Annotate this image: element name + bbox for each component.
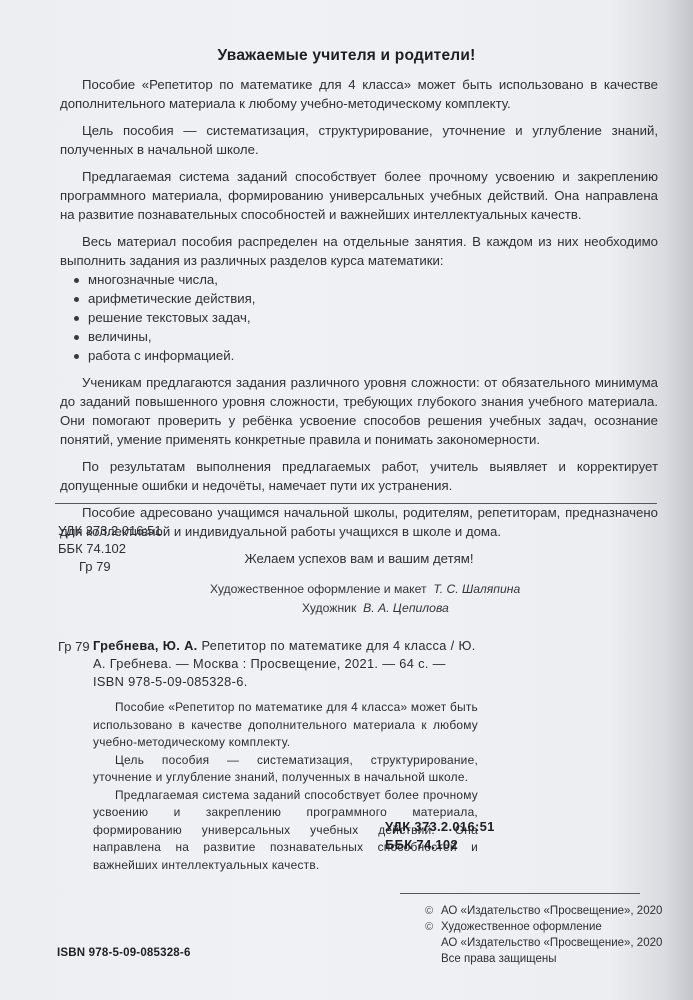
topic-list-item: многозначные числа, (74, 270, 658, 289)
bbk-code: ББК 74.102 (58, 540, 162, 558)
catalog-udk: УДК 373.2.016:51 (385, 818, 495, 836)
copyright-divider (400, 893, 640, 894)
copyright-line: АО «Издательство «Просвещение», 2020 (441, 935, 662, 951)
intro-paragraph: Весь материал пособия распределен на отд… (60, 232, 658, 270)
topic-list-item: работа с информацией. (74, 346, 658, 365)
topic-list-item: арифметические действия, (74, 289, 658, 308)
artist-credit-name: В. А. Цепилова (363, 601, 449, 615)
copyright-icon: © (425, 919, 433, 935)
intro-paragraph: Ученикам предлагаются задания различного… (60, 373, 658, 449)
topics-list: многозначные числа, арифметические дейст… (60, 270, 658, 365)
all-rights-reserved: Все права защищены (441, 953, 557, 965)
intro-section: Пособие «Репетитор по математике для 4 к… (60, 75, 658, 576)
classification-codes: УДК 373.2.016:51 ББК 74.102 Гр 79 (58, 522, 162, 576)
intro-paragraph: Пособие «Репетитор по математике для 4 к… (60, 75, 658, 113)
artist-credit-label: Художник (302, 601, 356, 615)
catalog-codes: УДК 373.2.016:51 ББК 74.102 (385, 818, 495, 854)
isbn: ISBN 978-5-09-085328-6 (57, 947, 191, 959)
copyright-line: © Художественное оформление (441, 919, 662, 935)
annotation-paragraph: Цель пособия — систематизация, структури… (93, 752, 478, 787)
topic-list-item: решение текстовых задач, (74, 308, 658, 327)
topic-list-item: величины, (74, 327, 658, 346)
copyright-block: © АО «Издательство «Просвещение», 2020 ©… (441, 903, 662, 967)
annotation-paragraph: Пособие «Репетитор по математике для 4 к… (93, 699, 478, 752)
artist-credit: Художник В. А. Цепилова (302, 599, 449, 617)
copyright-icon: © (425, 903, 433, 919)
catalog-bbk: ББК 74.102 (385, 836, 495, 854)
catalog-author: Гребнева, Ю. А. (93, 638, 198, 653)
copyright-design: Художественное оформление (441, 921, 602, 933)
page-title: Уважаемые учителя и родители! (0, 47, 693, 65)
section-divider (55, 503, 657, 504)
design-credit-label: Художественное оформление и макет (210, 582, 427, 596)
author-mark: Гр 79 (58, 558, 162, 576)
copyright-line: Все права защищены (441, 951, 662, 967)
udk-code: УДК 373.2.016:51 (58, 522, 162, 540)
intro-paragraph: Предлагаемая система заданий способствуе… (60, 167, 658, 224)
catalog-author-mark: Гр 79 (58, 639, 90, 654)
design-credit-name: Т. С. Шаляпина (433, 582, 520, 596)
intro-paragraph: Цель пособия — систематизация, структури… (60, 121, 658, 159)
design-credit: Художественное оформление и макет Т. С. … (210, 580, 520, 598)
copyright-line: © АО «Издательство «Просвещение», 2020 (441, 903, 662, 919)
copyright-design-publisher: АО «Издательство «Просвещение», 2020 (441, 937, 662, 949)
bibliographic-entry: Гребнева, Ю. А. Репетитор по математике … (93, 637, 478, 691)
copyright-publisher: АО «Издательство «Просвещение», 2020 (441, 905, 662, 917)
intro-paragraph: По результатам выполнения предлагаемых р… (60, 457, 658, 495)
